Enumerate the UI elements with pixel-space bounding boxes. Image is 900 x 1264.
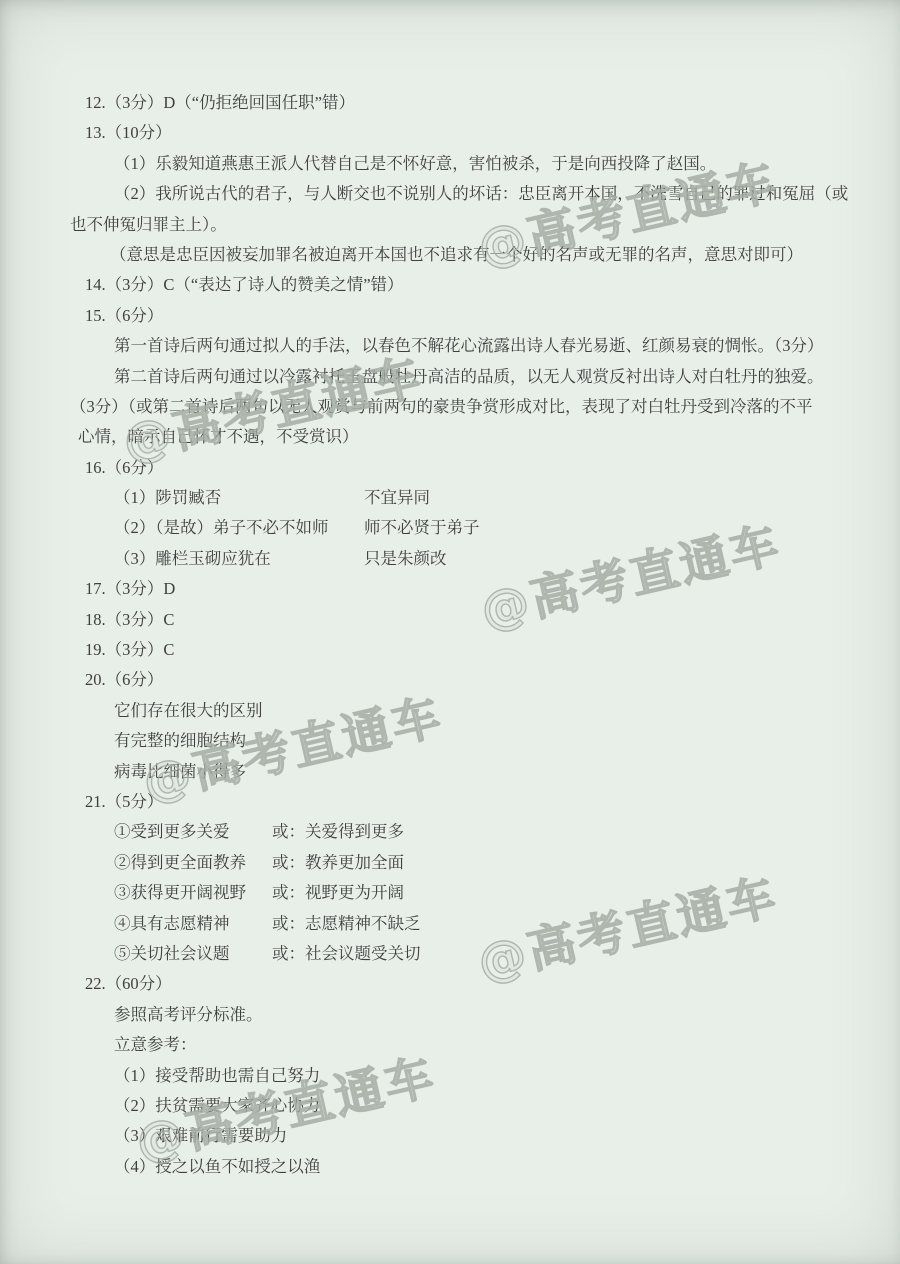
answer-line: （2）我所说古代的君子，与人断交也不说别人的坏话：忠臣离开本国，不洗雪自己的罪过…	[0, 179, 900, 209]
answer-line: 13.（10分）	[0, 118, 900, 148]
answer-col-right: 或：社会议题受关切	[272, 939, 421, 969]
answer-col-left: （2）（是故）弟子不必不如师	[114, 513, 364, 543]
answer-col-left: ④具有志愿精神	[114, 909, 272, 939]
answer-line: 14.（3分）C（“表达了诗人的赞美之情”错）	[0, 270, 900, 300]
answer-line: 15.（6分）	[0, 301, 900, 331]
answer-col-right: 只是朱颜改	[364, 544, 447, 574]
answer-line: 19.（3分）C	[0, 635, 900, 665]
answer-line: 12.（3分）D（“仍拒绝回国任职”错）	[0, 88, 900, 118]
answer-line: ②得到更全面教养或：教养更加全面	[0, 848, 900, 878]
answer-col-left: ①受到更多关爱	[114, 817, 272, 847]
answer-line: 20.（6分）	[0, 665, 900, 695]
answer-line: 也不伸冤归罪主上）。	[0, 210, 900, 240]
answer-sheet: @高考直通车 @高考直通车 @高考直通车 @高考直通车 @高考直通车 @高考直通…	[0, 0, 900, 1264]
answer-line: （2）（是故）弟子不必不如师师不必贤于弟子	[0, 513, 900, 543]
answer-col-right: 不宜异同	[364, 483, 430, 513]
answer-line: 第二首诗后两句通过以冷露衬托玉盘般牡丹高洁的品质，以无人观赏反衬出诗人对白牡丹的…	[0, 362, 900, 392]
answer-line: 第一首诗后两句通过拟人的手法，以春色不解花心流露出诗人春光易逝、红颜易衰的惆怅。…	[0, 331, 900, 361]
answer-line: ③获得更开阔视野或：视野更为开阔	[0, 878, 900, 908]
answer-line: （2）扶贫需要大家齐心协力	[0, 1091, 900, 1121]
answer-col-left: ⑤关切社会议题	[114, 939, 272, 969]
answer-col-left: ③获得更开阔视野	[114, 878, 272, 908]
answer-line: 17.（3分）D	[0, 574, 900, 604]
page: { "page": { "background": "#e8efe9", "in…	[0, 0, 900, 1264]
answer-line: （3分）（或第二首诗后两句以无人观赏与前两句的豪贵争赏形成对比，表现了对白牡丹受…	[0, 392, 900, 422]
answer-line: （4）授之以鱼不如授之以渔	[0, 1152, 900, 1182]
answer-col-left: （1）陟罚臧否	[114, 483, 364, 513]
answer-line: 参照高考评分标准。	[0, 1000, 900, 1030]
answer-line: ⑤关切社会议题或：社会议题受关切	[0, 939, 900, 969]
answer-col-right: 或：关爱得到更多	[272, 817, 404, 847]
answer-line: ④具有志愿精神或：志愿精神不缺乏	[0, 909, 900, 939]
answer-col-right: 师不必贤于弟子	[364, 513, 480, 543]
answer-line: 18.（3分）C	[0, 605, 900, 635]
answer-line: 22.（60分）	[0, 969, 900, 999]
answer-col-left: ②得到更全面教养	[114, 848, 272, 878]
answer-col-right: 或：视野更为开阔	[272, 878, 404, 908]
answer-line: 有完整的细胞结构	[0, 726, 900, 756]
answer-line: 病毒比细菌小得多	[0, 757, 900, 787]
answer-line: 16.（6分）	[0, 453, 900, 483]
answer-col-right: 或：教养更加全面	[272, 848, 404, 878]
answer-line: 心情，暗示自己怀才不遇，不受赏识）	[0, 422, 900, 452]
answer-line: ①受到更多关爱或：关爱得到更多	[0, 817, 900, 847]
answer-line: （3）艰难前行需要助力	[0, 1121, 900, 1151]
answer-col-right: 或：志愿精神不缺乏	[272, 909, 421, 939]
answer-line: （1）接受帮助也需自己努力	[0, 1061, 900, 1091]
answer-line: （1）陟罚臧否不宜异同	[0, 483, 900, 513]
answer-line: （3）雕栏玉砌应犹在只是朱颜改	[0, 544, 900, 574]
answer-line: （意思是忠臣因被妄加罪名被迫离开本国也不追求有一个好的名声或无罪的名声，意思对即…	[0, 240, 900, 270]
answer-line: 它们存在很大的区别	[0, 696, 900, 726]
answer-line: 21.（5分）	[0, 787, 900, 817]
answer-lines: 12.（3分）D（“仍拒绝回国任职”错）13.（10分）（1）乐毅知道燕惠王派人…	[0, 88, 900, 1182]
answer-line: （1）乐毅知道燕惠王派人代替自己是不怀好意，害怕被杀，于是向西投降了赵国。	[0, 149, 900, 179]
answer-line: 立意参考：	[0, 1030, 900, 1060]
answer-col-left: （3）雕栏玉砌应犹在	[114, 544, 364, 574]
